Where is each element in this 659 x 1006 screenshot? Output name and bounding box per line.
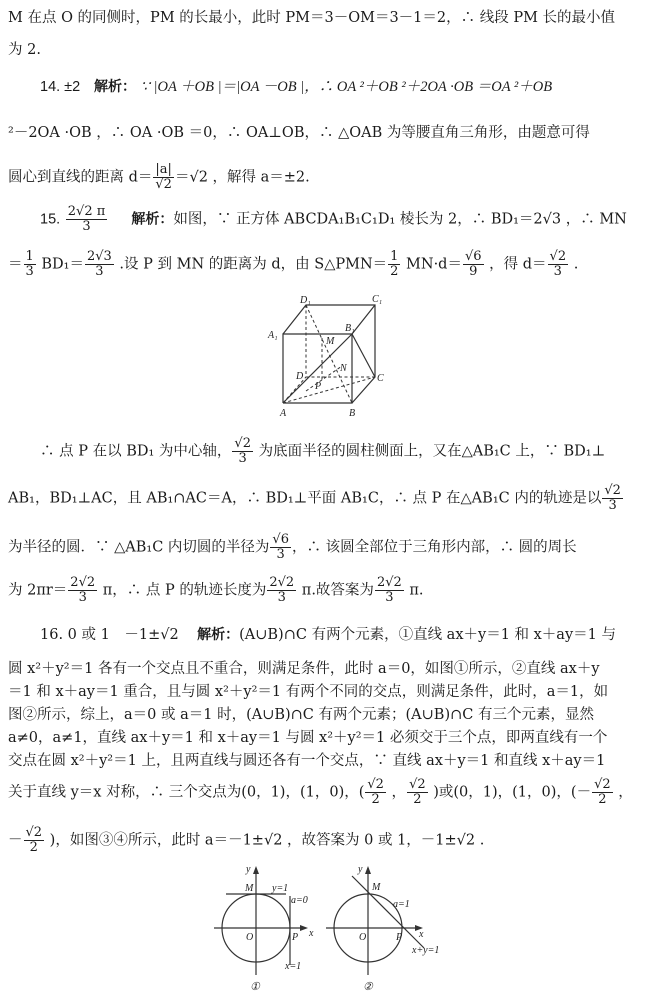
q14-line-3: 圆心到直线的距离 d＝|a|√2＝√2 ，解得 a＝±2.: [8, 163, 310, 192]
q15-text-1: 如图，∵ 正方体 ABCDA₁B₁C₁D₁ 棱长为 2，∴ BD₁＝2√3 ，∴…: [173, 212, 627, 228]
svg-text:O: O: [359, 932, 366, 943]
svg-text:x=1: x=1: [284, 961, 301, 972]
q16-line-8: －√22 )，如图③④所示，此时 a＝－1±√2 ，故答案为 0 或 1，－1±…: [8, 826, 484, 855]
fraction: |a|√2: [153, 163, 174, 192]
svg-text:C: C: [377, 373, 384, 384]
label-d1: D₁: [299, 295, 311, 306]
svg-text:N: N: [339, 363, 348, 374]
q16-line-4: 图②所示，综上，a＝0 或 a＝1 时，(A∪B)∩C 有两个元素；(A∪B)∩…: [8, 706, 594, 724]
q15-number: 15.: [40, 212, 60, 228]
svg-text:B₁: B₁: [345, 323, 355, 334]
q16-number: 16. 0 或 1 －1±√2: [40, 627, 179, 643]
q13-tail-line-2: 为 2.: [8, 41, 41, 59]
svg-text:a=0: a=0: [291, 895, 308, 906]
q15-line-1: 15. 2√2 π3 解析：如图，∵ 正方体 ABCDA₁B₁C₁D₁ 棱长为 …: [40, 205, 627, 234]
figure-2-caption: ②: [363, 981, 374, 993]
svg-text:P: P: [291, 932, 298, 943]
circle-figure-1: y x M y=1 a=0 O P x=1 ①: [205, 855, 325, 1006]
q16-line-7: 关于直线 y＝x 对称，∴ 三个交点为(0，1)，(1，0)，(√22 ，√22…: [8, 778, 633, 807]
svg-text:M: M: [325, 336, 335, 347]
q15-answer: 2√2 π3: [66, 205, 108, 234]
svg-text:O: O: [246, 932, 253, 943]
svg-text:A₁: A₁: [267, 330, 278, 341]
svg-text:M: M: [244, 883, 254, 894]
q14-line-2: ²－2OA ·OB ，∴ OA ·OB ＝0，∴ OA⊥OB，∴ △OAB 为等…: [8, 124, 590, 142]
svg-text:y=1: y=1: [271, 883, 288, 894]
cube-figure: D₁ C₁ A₁ B₁ M N D P C A B: [262, 292, 402, 422]
q16-line-1: 16. 0 或 1 －1±√2 解析：(A∪B)∩C 有两个元素，①直线 ax＋…: [40, 626, 616, 644]
svg-text:y: y: [245, 864, 251, 875]
q13-tail-line-1: M 在点 O 的同侧时，PM 的长最小，此时 PM＝3－OM＝3－1＝2，∴ 线…: [8, 9, 615, 27]
q16-line-3: ＝1 和 x＋ay＝1 重合，且与圆 x²＋y²＝1 有两个不同的交点，则满足条…: [8, 683, 608, 701]
q14-text-3b: ＝√2 ，解得 a＝±2.: [175, 170, 310, 186]
circle-figure-2: y x M a=1 O P x+y=1 ②: [315, 855, 455, 1006]
q16-label: 解析：: [197, 627, 239, 643]
svg-text:a=1: a=1: [393, 899, 410, 910]
q15-line-2: ＝13 BD₁＝2√33 .设 P 到 MN 的距离为 d，由 S△PMN＝12…: [8, 250, 578, 279]
q14-text-3a: 圆心到直线的距离 d＝: [8, 170, 152, 186]
svg-text:A: A: [279, 408, 287, 419]
svg-text:C₁: C₁: [372, 294, 382, 305]
q15-label: 解析：: [131, 212, 173, 228]
svg-text:M: M: [371, 882, 381, 893]
q16-line-6: 交点在圆 x²＋y²＝1 上，且两直线与圆还各有一个交点，∵ 直线 ax＋y＝1…: [8, 752, 605, 770]
svg-text:y: y: [357, 864, 363, 875]
svg-text:D: D: [295, 371, 304, 382]
figure-1-caption: ①: [250, 981, 261, 993]
svg-text:x: x: [308, 928, 314, 939]
q15-line-5: 为半径的圆．∵ △AB₁C 内切圆的半径为√63，∴ 该圆全部位于三角形内部，∴…: [8, 533, 577, 562]
svg-text:P: P: [314, 381, 321, 392]
q14-number: 14. ±2: [40, 79, 80, 95]
svg-text:B: B: [349, 408, 355, 419]
q16-line-2: 圆 x²＋y²＝1 各有一个交点且不重合，则满足条件，此时 a＝0，如图①所示，…: [8, 660, 600, 678]
svg-text:x+y=1: x+y=1: [411, 945, 439, 956]
q15-line-3: ∴ 点 P 在以 BD₁ 为中心轴，√23 为底面半径的圆柱侧面上，又在△AB₁…: [40, 437, 605, 466]
q16-line-5: a≠0，a≠1，直线 ax＋y＝1 和 x＋ay＝1 与圆 x²＋y²＝1 必须…: [8, 729, 607, 747]
q15-line-6: 为 2πr＝2√23 π，∴ 点 P 的轨迹长度为2√23 π.故答案为2√23…: [8, 576, 424, 605]
q14-label: 解析：: [94, 79, 136, 95]
q15-line-4: AB₁，BD₁⊥AC，且 AB₁∩AC＝A，∴ BD₁⊥平面 AB₁C，∴ 点 …: [8, 484, 624, 513]
q14-line-1: 14. ±2 解析： ∵ |OA ＋OB |＝|OA －OB |，∴ OA ²＋…: [40, 78, 552, 96]
q14-text-1: ∵ |OA ＋OB |＝|OA －OB |，∴ OA ²＋OB ²＋2OA ·O…: [141, 79, 552, 95]
svg-text:P: P: [395, 932, 402, 943]
svg-text:x: x: [418, 929, 424, 940]
